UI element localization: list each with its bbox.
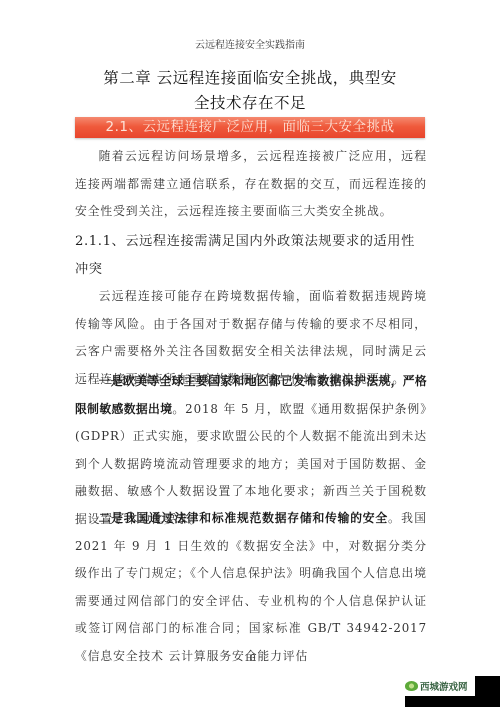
watermark-black-bar-right: [475, 676, 500, 696]
leaf-logo-icon: [405, 681, 418, 691]
section-banner: 2.1、云远程连接广泛应用，面临三大安全挑战: [75, 117, 425, 138]
paragraph-4-lead: 二是我国通过法律和标准规范数据存储和传输的安全: [99, 511, 388, 525]
watermark-black-bar-bottom: [405, 696, 500, 707]
chapter-title-line1: 第二章 云远程连接面临安全挑战，典型安: [0, 66, 500, 88]
body-paragraph-1: 随着云远程访问场景增多，云远程连接被广泛应用，远程连接两端都需建立通信联系，存在…: [75, 143, 427, 226]
watermark-text: 西城游戏网: [420, 679, 468, 693]
subsection-title: 2.1.1、云远程连接需满足国内外政策法规要求的适用性冲突: [75, 228, 427, 283]
page-number: 10: [0, 654, 500, 664]
chapter-title-line2: 全技术存在不足: [0, 91, 500, 113]
running-header: 云远程连接安全实践指南: [0, 36, 500, 51]
watermark-badge: 西城游戏网: [405, 676, 475, 696]
watermark: 西城游戏网: [405, 676, 500, 707]
paragraph-4-text: 。我国 2021 年 9 月 1 日生效的《数据安全法》中，对数据分类分级作出了…: [75, 511, 427, 663]
body-paragraph-4: 二是我国通过法律和标准规范数据存储和传输的安全。我国 2021 年 9 月 1 …: [75, 505, 427, 670]
